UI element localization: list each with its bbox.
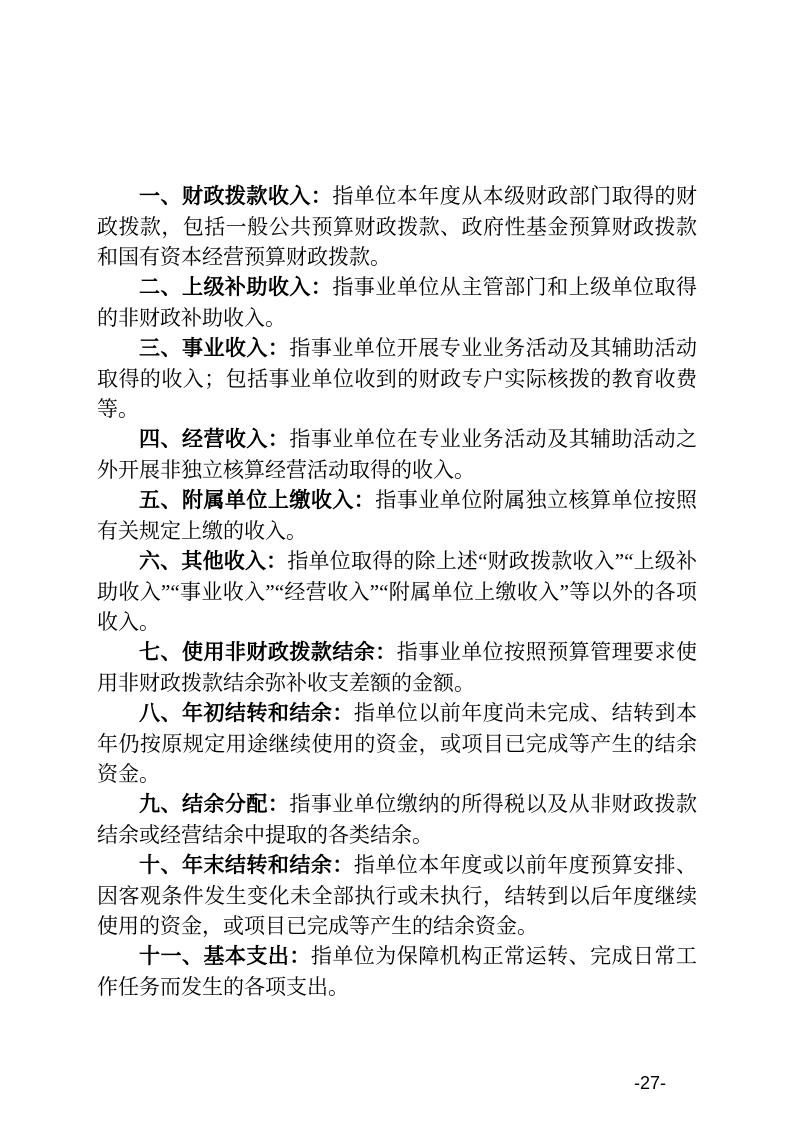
term-label: 八、年初结转和结余： bbox=[139, 702, 354, 725]
glossary-paragraph: 十一、基本支出：指单位为保障机构正常运转、完成日常工作任务而发生的各项支出。 bbox=[97, 941, 697, 1002]
term-label: 四、经营收入： bbox=[139, 428, 289, 451]
term-label: 五、附属单位上缴收入： bbox=[139, 489, 375, 512]
glossary-paragraph: 五、附属单位上缴收入：指事业单位附属独立核算单位按照有关规定上缴的收入。 bbox=[97, 485, 697, 546]
glossary-paragraph: 八、年初结转和结余：指单位以前年度尚未完成、结转到本年仍按原规定用途继续使用的资… bbox=[97, 698, 697, 789]
glossary-content: 一、财政拨款收入：指单位本年度从本级财政部门取得的财政拨款，包括一般公共预算财政… bbox=[97, 181, 697, 1002]
term-label: 十一、基本支出： bbox=[139, 945, 311, 968]
document-page: 一、财政拨款收入：指单位本年度从本级财政部门取得的财政拨款，包括一般公共预算财政… bbox=[0, 0, 793, 1122]
page-number: -27- bbox=[620, 1073, 680, 1094]
term-label: 二、上级补助收入： bbox=[139, 276, 332, 299]
glossary-paragraph: 十、年末结转和结余：指单位本年度或以前年度预算安排、因客观条件发生变化未全部执行… bbox=[97, 850, 697, 941]
glossary-paragraph: 三、事业收入：指事业单位开展专业业务活动及其辅助活动取得的收入；包括事业单位收到… bbox=[97, 333, 697, 424]
term-label: 九、结余分配： bbox=[139, 793, 289, 816]
glossary-paragraph: 二、上级补助收入：指事业单位从主管部门和上级单位取得的非财政补助收入。 bbox=[97, 272, 697, 333]
glossary-paragraph: 七、使用非财政拨款结余：指事业单位按照预算管理要求使用非财政拨款结余弥补收支差额… bbox=[97, 637, 697, 698]
term-label: 一、财政拨款收入： bbox=[139, 185, 332, 208]
term-label: 十、年末结转和结余： bbox=[139, 854, 354, 877]
glossary-paragraph: 一、财政拨款收入：指单位本年度从本级财政部门取得的财政拨款，包括一般公共预算财政… bbox=[97, 181, 697, 272]
glossary-paragraph: 六、其他收入：指单位取得的除上述“财政拨款收入”“上级补助收入”“事业收入”“经… bbox=[97, 546, 697, 637]
glossary-paragraph: 九、结余分配：指事业单位缴纳的所得税以及从非财政拨款结余或经营结余中提取的各类结… bbox=[97, 789, 697, 850]
term-label: 六、其他收入： bbox=[139, 550, 287, 573]
term-label: 七、使用非财政拨款结余： bbox=[139, 641, 397, 664]
term-label: 三、事业收入： bbox=[139, 337, 289, 360]
glossary-paragraph: 四、经营收入：指事业单位在专业业务活动及其辅助活动之外开展非独立核算经营活动取得… bbox=[97, 424, 697, 485]
